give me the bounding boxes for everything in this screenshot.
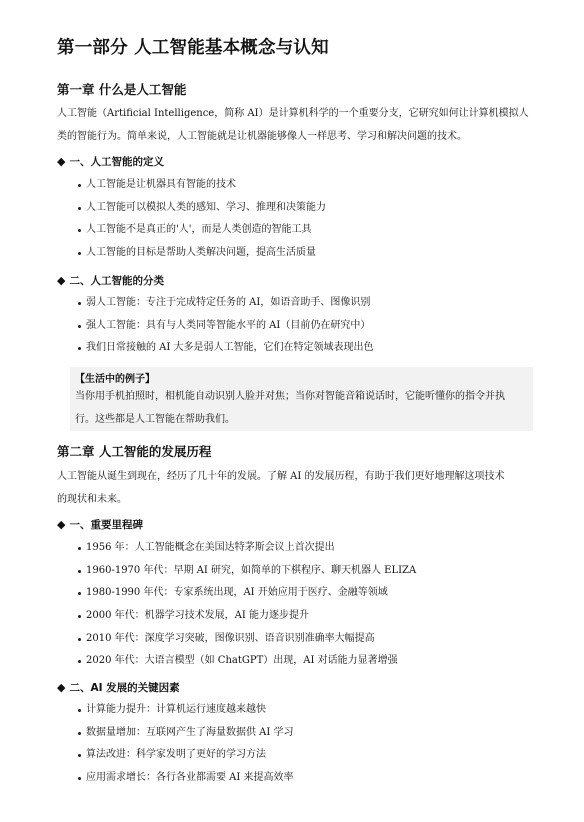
bullet-icon — [78, 252, 81, 255]
section-heading-label: 二、AI 发展的关键因素 — [69, 682, 179, 694]
callout-line: 行。这些都是人工智能在帮助我们。 — [75, 409, 505, 432]
list-item: 1956 年：人工智能概念在美国达特茅斯会议上首次提出 — [78, 537, 416, 560]
section-heading-definition: ◆一、人工智能的定义 — [57, 154, 164, 169]
example-callout-box: 【生活中的例子】 当你用手机拍照时，相机能自动识别人脸并对焦；当你对智能音箱说话… — [70, 367, 533, 431]
list-item: 强人工智能：具有与人类同等智能水平的 AI（目前仍在研究中） — [78, 315, 374, 338]
callout-title: 【生活中的例子】 — [75, 370, 155, 385]
list-item: 计算能力提升：计算机运行速度越来越快 — [78, 699, 294, 722]
paragraph-line: 类的智能行为。简单来说，人工智能就是让机器能够像人一样思考、学习和解决问题的技术… — [57, 126, 537, 149]
list-item: 我们日常接触的 AI 大多是弱人工智能，它们在特定领域表现出色 — [78, 337, 374, 360]
bullet-icon — [78, 777, 81, 780]
diamond-bullet-icon: ◆ — [57, 274, 65, 287]
bullet-icon — [78, 615, 81, 618]
diamond-bullet-icon: ◆ — [57, 681, 65, 694]
classification-list: 弱人工智能：专注于完成特定任务的 AI，如语音助手、图像识别 强人工智能：具有与… — [78, 292, 374, 360]
definition-list: 人工智能是让机器具有智能的技术 人工智能可以模拟人类的感知、学习、推理和决策能力… — [78, 174, 326, 265]
bullet-icon — [78, 229, 81, 232]
list-item: 弱人工智能：专注于完成特定任务的 AI，如语音助手、图像识别 — [78, 292, 374, 315]
document-page: 第一部分 人工智能基本概念与认知 第一章 什么是人工智能 人工智能（Artifi… — [0, 0, 584, 822]
list-item: 1980-1990 年代：专家系统出现，AI 开始应用于医疗、金融等领域 — [78, 582, 416, 605]
section-heading-label: 一、人工智能的定义 — [69, 156, 164, 168]
paragraph-line: 人工智能（Artificial Intelligence，简称 AI）是计算机科… — [57, 103, 537, 126]
part-title: 第一部分 人工智能基本概念与认知 — [57, 34, 329, 59]
chapter-1-intro: 人工智能（Artificial Intelligence，简称 AI）是计算机科… — [57, 103, 537, 148]
list-item: 2000 年代：机器学习技术发展，AI 能力逐步提升 — [78, 605, 416, 628]
bullet-icon — [78, 660, 81, 663]
section-heading-label: 二、人工智能的分类 — [69, 275, 164, 287]
list-item: 人工智能不是真正的'人'，而是人类创造的智能工具 — [78, 219, 326, 242]
list-item: 2020 年代：大语言模型（如 ChatGPT）出现，AI 对话能力显著增强 — [78, 650, 416, 673]
bullet-icon — [78, 547, 81, 550]
bullet-icon — [78, 347, 81, 350]
diamond-bullet-icon: ◆ — [57, 518, 65, 531]
diamond-bullet-icon: ◆ — [57, 155, 65, 168]
bullet-icon — [78, 570, 81, 573]
section-heading-key-factors: ◆二、AI 发展的关键因素 — [57, 680, 180, 695]
list-item: 人工智能的目标是帮助人类解决问题，提高生活质量 — [78, 242, 326, 265]
callout-line: 当你用手机拍照时，相机能自动识别人脸并对焦；当你对智能音箱说话时，它能听懂你的指… — [75, 386, 505, 409]
list-item: 数据量增加：互联网产生了海量数据供 AI 学习 — [78, 722, 294, 745]
bullet-icon — [78, 638, 81, 641]
list-item: 人工智能是让机器具有智能的技术 — [78, 174, 326, 197]
chapter-2-title: 第二章 人工智能的发展历程 — [57, 442, 211, 460]
section-heading-classification: ◆二、人工智能的分类 — [57, 273, 164, 288]
paragraph-line: 的现状和未来。 — [57, 489, 537, 512]
paragraph-line: 人工智能从诞生到现在，经历了几十年的发展。了解 AI 的发展历程，有助于我们更好… — [57, 466, 537, 489]
chapter-2-intro: 人工智能从诞生到现在，经历了几十年的发展。了解 AI 的发展历程，有助于我们更好… — [57, 466, 537, 511]
key-factors-list: 计算能力提升：计算机运行速度越来越快 数据量增加：互联网产生了海量数据供 AI … — [78, 699, 294, 790]
bullet-icon — [78, 754, 81, 757]
bullet-icon — [78, 709, 81, 712]
list-item: 2010 年代：深度学习突破，图像识别、语音识别准确率大幅提高 — [78, 628, 416, 651]
bullet-icon — [78, 184, 81, 187]
milestones-list: 1956 年：人工智能概念在美国达特茅斯会议上首次提出 1960-1970 年代… — [78, 537, 416, 673]
bullet-icon — [78, 207, 81, 210]
bullet-icon — [78, 325, 81, 328]
section-heading-label: 一、重要里程碑 — [69, 519, 143, 531]
section-heading-milestones: ◆一、重要里程碑 — [57, 517, 143, 532]
chapter-1-title: 第一章 什么是人工智能 — [57, 80, 186, 98]
callout-body: 当你用手机拍照时，相机能自动识别人脸并对焦；当你对智能音箱说话时，它能听懂你的指… — [75, 386, 505, 431]
list-item: 应用需求增长：各行各业都需要 AI 来提高效率 — [78, 767, 294, 790]
list-item: 算法改进：科学家发明了更好的学习方法 — [78, 744, 294, 767]
bullet-icon — [78, 592, 81, 595]
list-item: 1960-1970 年代：早期 AI 研究，如简单的下棋程序、聊天机器人 ELI… — [78, 560, 416, 583]
bullet-icon — [78, 732, 81, 735]
list-item: 人工智能可以模拟人类的感知、学习、推理和决策能力 — [78, 197, 326, 220]
bullet-icon — [78, 302, 81, 305]
